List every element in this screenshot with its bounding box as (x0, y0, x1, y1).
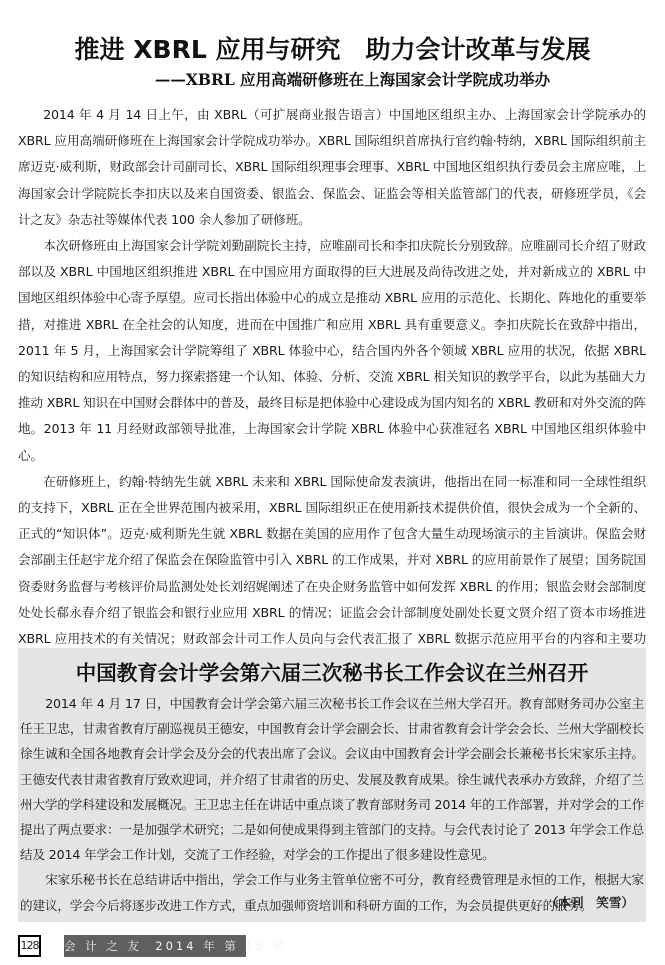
news-paragraph: 2014 年 4 月 17 日，中国教育会计学会第六届三次秘书长工作会议在兰州大… (20, 691, 644, 867)
page-number: 128 (18, 935, 41, 957)
journal-issue-label: 会 计 之 友 2014 年 第 15 期 (64, 935, 246, 957)
article-paragraph: 本次研修班由上海国家会计学院刘勤副院长主持，应唯副司长和李扣庆院长分别致辞。应唯… (18, 233, 646, 469)
article-title: 推进 XBRL 应用与研究 助力会计改革与发展 (0, 30, 665, 66)
news-title: 中国教育会计学会第六届三次秘书长工作会议在兰州召开 (18, 656, 646, 686)
news-box: 中国教育会计学会第六届三次秘书长工作会议在兰州召开 2014 年 4 月 17 … (18, 648, 646, 922)
news-byline: （本刊 笑雪） (546, 892, 634, 911)
news-body: 2014 年 4 月 17 日，中国教育会计学会第六届三次秘书长工作会议在兰州大… (20, 691, 644, 918)
article-subtitle: ——XBRL 应用高端研修班在上海国家会计学院成功举办 (0, 68, 665, 90)
magazine-page: 推进 XBRL 应用与研究 助力会计改革与发展 ——XBRL 应用高端研修班在上… (0, 0, 665, 965)
article-paragraph: 2014 年 4 月 14 日上午，由 XBRL（可扩展商业报告语言）中国地区组… (18, 102, 646, 233)
